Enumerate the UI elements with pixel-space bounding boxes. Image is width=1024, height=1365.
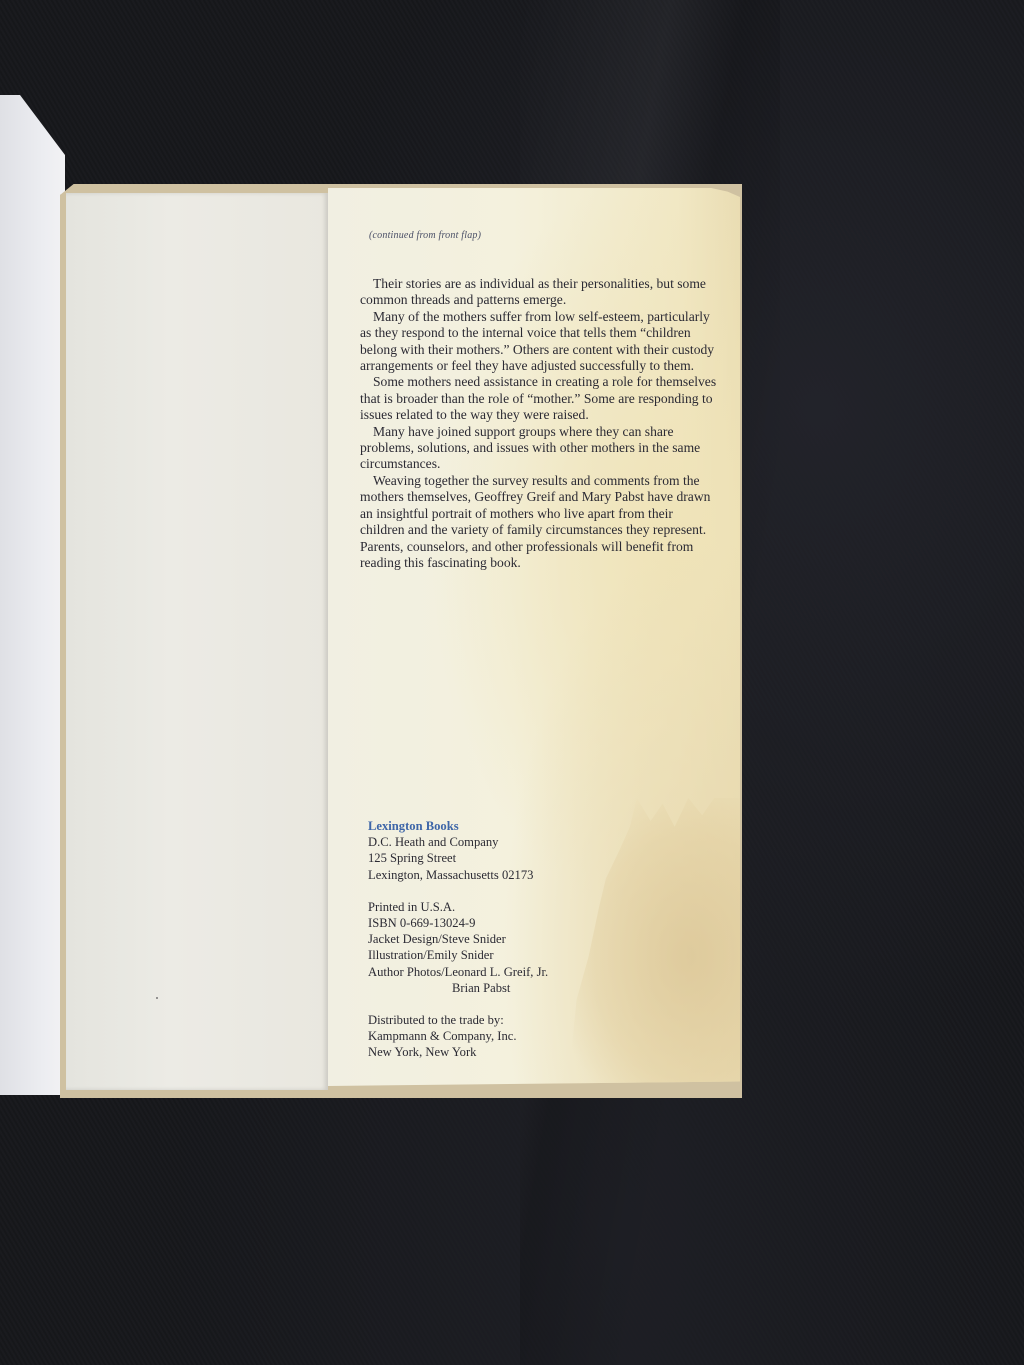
continued-note: (continued from front flap) (369, 230, 481, 241)
author-photos-credit: Author Photos/Leonard L. Greif, Jr. (368, 964, 548, 980)
publisher-street: 125 Spring Street (368, 850, 548, 866)
printed-in: Printed in U.S.A. (368, 899, 548, 915)
publisher-company: D.C. Heath and Company (368, 834, 548, 850)
paragraph: Their stories are as individual as their… (360, 276, 720, 309)
spacer (368, 996, 548, 1012)
publisher-name: Lexington Books (368, 818, 548, 834)
paragraph: Some mothers need assistance in creating… (360, 374, 720, 423)
paragraph: Many of the mothers suffer from low self… (360, 309, 720, 375)
distributor-location: New York, New York (368, 1044, 548, 1060)
endpaper (66, 193, 328, 1090)
water-stain (568, 798, 740, 1086)
paragraph: Many have joined support groups where th… (360, 424, 720, 473)
jacket-design-credit: Jacket Design/Steve Snider (368, 931, 548, 947)
paragraph: Weaving together the survey results and … (360, 473, 720, 571)
flap-description: Their stories are as individual as their… (360, 276, 720, 571)
illustration-credit: Illustration/Emily Snider (368, 947, 548, 963)
publisher-city: Lexington, Massachusetts 02173 (368, 867, 548, 883)
left-page-edge (0, 95, 65, 1095)
endpaper-speck (156, 997, 158, 999)
author-photos-credit-2: Brian Pabst (368, 980, 548, 996)
spacer (368, 883, 548, 899)
distributor-name: Kampmann & Company, Inc. (368, 1028, 548, 1044)
distribution-label: Distributed to the trade by: (368, 1012, 548, 1028)
isbn: ISBN 0-669-13024-9 (368, 915, 548, 931)
dust-jacket-back-flap: (continued from front flap) Their storie… (328, 188, 740, 1086)
imprint-block: Lexington Books D.C. Heath and Company 1… (368, 818, 548, 1061)
